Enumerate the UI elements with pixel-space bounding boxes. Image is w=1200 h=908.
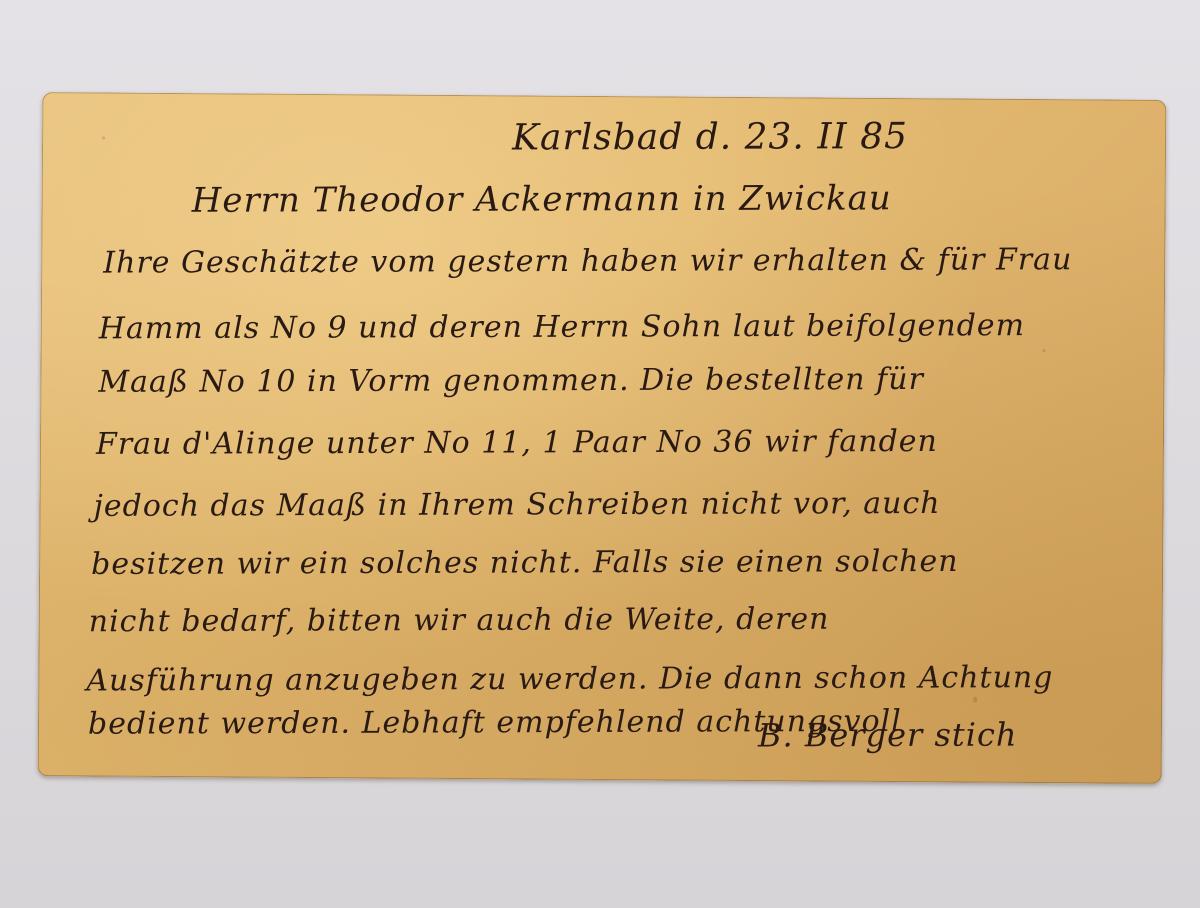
letter-line: nicht bedarf, bitten wir auch die Weite,…: [89, 602, 830, 640]
postcard: Karlsbad d. 23. II 85 Herrn Theodor Acke…: [38, 92, 1167, 784]
letter-line: Hamm als No 9 und deren Herrn Sohn laut …: [99, 308, 1025, 346]
letter-line: besitzen wir ein solches nicht. Falls si…: [91, 544, 959, 582]
letter-line: Frau d'Alinge unter No 11, 1 Paar No 36 …: [96, 424, 938, 462]
letter-line: Maaß No 10 in Vorm genommen. Die bestell…: [98, 362, 924, 400]
paper-stain: [102, 137, 105, 140]
letter-line: Ihre Geschätzte vom gestern haben wir er…: [103, 242, 1072, 280]
place-date: Karlsbad d. 23. II 85: [512, 116, 908, 158]
addressee: Herrn Theodor Ackermann in Zwickau: [192, 178, 892, 220]
letter-line: Ausführung anzugeben zu werden. Die dann…: [86, 660, 1053, 698]
signature: B. Berger stich: [758, 716, 1018, 755]
paper-stain: [973, 697, 977, 703]
paper-stain: [1043, 349, 1046, 352]
letter-line: jedoch das Maaß in Ihrem Schreiben nicht…: [93, 486, 940, 524]
